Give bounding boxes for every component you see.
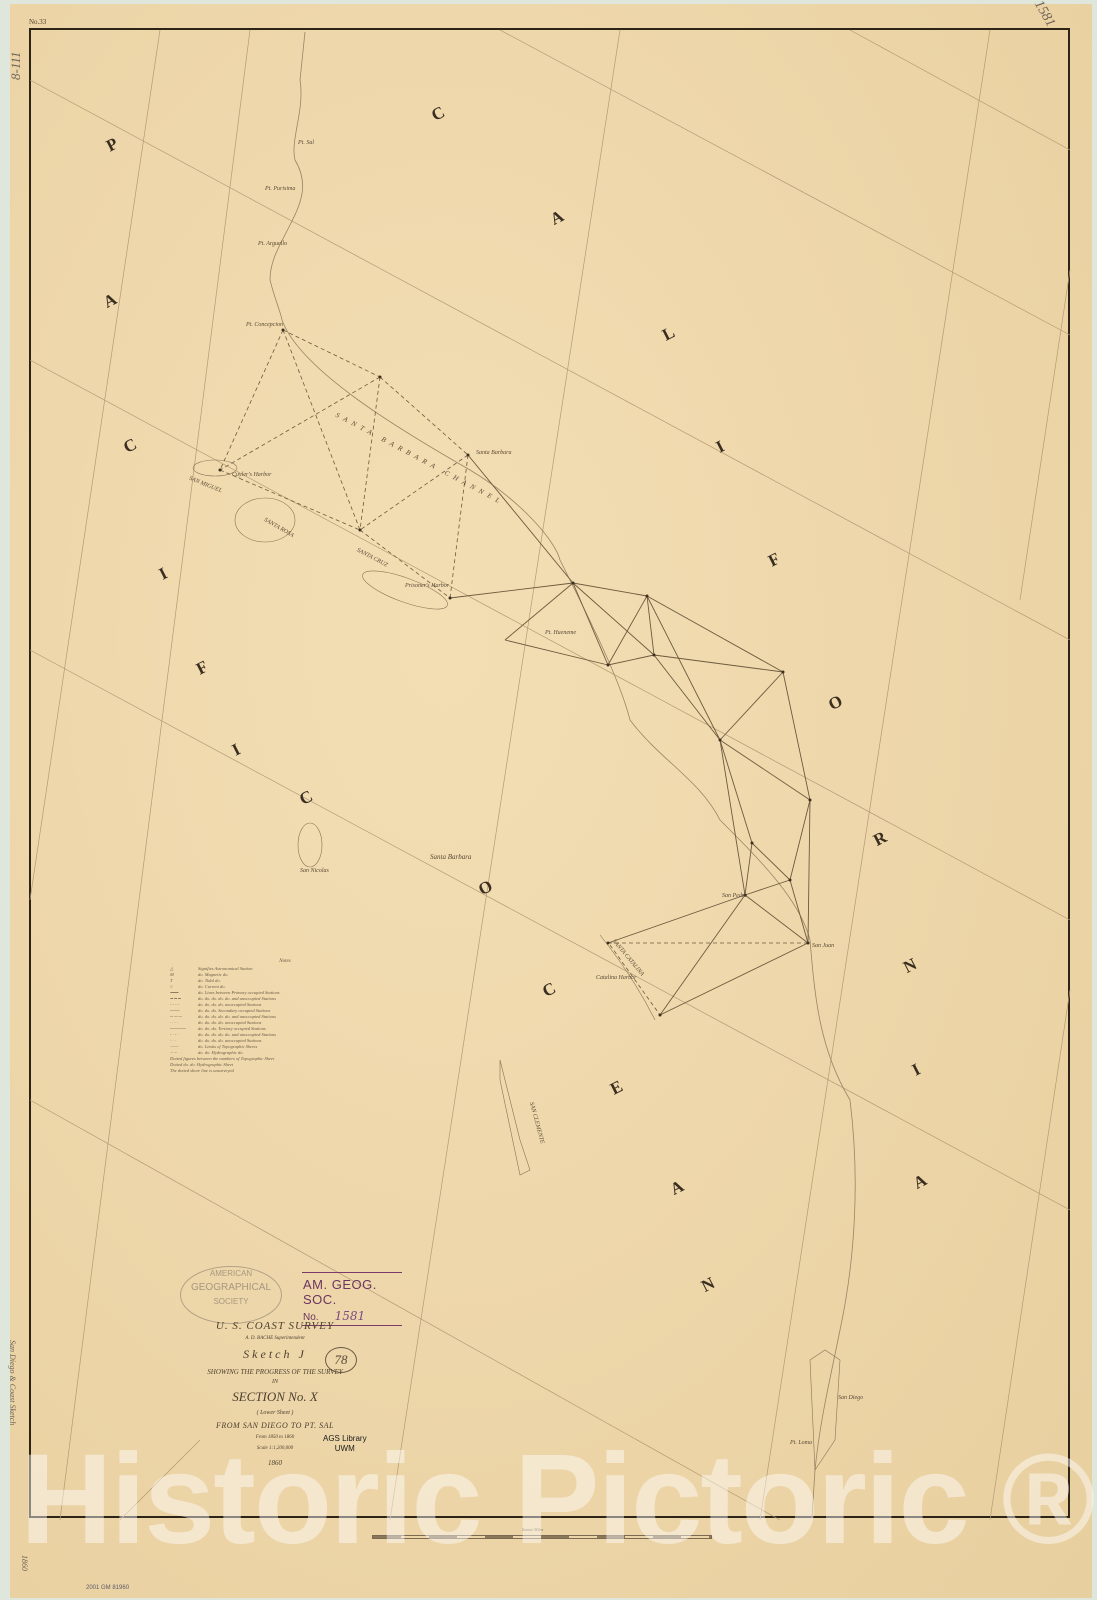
place-pt-arguello: Pt. Arguello [258,241,287,247]
place-santa-barbara-island: Santa Barbara [430,853,471,861]
ags-accession-stamp: AM. GEOG. SOC. No.1581 [302,1272,402,1326]
bottom-catalog-print: 2001 GM 81960 [86,1585,129,1591]
place-pt-sal: Pt. Sal [298,140,314,146]
legend-title: Notes [170,959,400,965]
pencil-margin-note: San Diego & Coast Sketch [8,1340,17,1425]
map-legend: Notes △Signifies Astronomical Station Md… [170,959,400,1074]
place-pt-concepcion: Pt. Concepcion [246,322,283,328]
triangulation-dashed [220,330,808,1015]
geographical-society-stamp: AMERICAN GEOGRAPHICAL SOCIETY [180,1266,282,1324]
survey-map [0,0,1097,1600]
place-pt-purisima: Pt. Purisima [265,186,295,192]
place-san-diego: San Diego [838,1395,863,1401]
title-sheet: ( Lower Sheet ) [175,1410,375,1416]
title-description: SHOWING THE PROGRESS OF THE SURVEY [175,1368,375,1376]
title-section: SECTION No. X [175,1389,375,1405]
ags-stamp-name: AM. GEOG. SOC. [302,1273,402,1308]
title-superintendent: A. D. BACHE Superintendent [175,1336,375,1341]
place-santa-barbara-town: Santa Barbara [476,450,512,456]
legend-row: The dotted shore line is unsurveyed [170,1068,400,1074]
place-cuylers-harbor: Cuyler's Harbor [232,472,271,478]
title-agency: U. S. COAST SURVEY [175,1320,375,1332]
triangulation-solid [450,455,810,1015]
pencil-catalog-number: 8-111 [8,52,24,80]
place-prisoners-harbor: Prisoner's Harbor [405,583,449,589]
place-san-juan: San Juan [812,943,834,949]
watermark: Historic Pictoric ® [20,1440,1080,1560]
place-catalina-harbor: Catalina Harbor [596,975,637,981]
place-san-pedro: San Pedro [722,893,747,899]
title-in: IN [175,1379,375,1385]
place-san-nicolas: San Nicolas [300,868,329,874]
title-sketch: Sketch J [175,1347,375,1362]
place-pt-hueneme: Pt. Hueneme [545,630,576,636]
station-markers [219,329,812,1017]
